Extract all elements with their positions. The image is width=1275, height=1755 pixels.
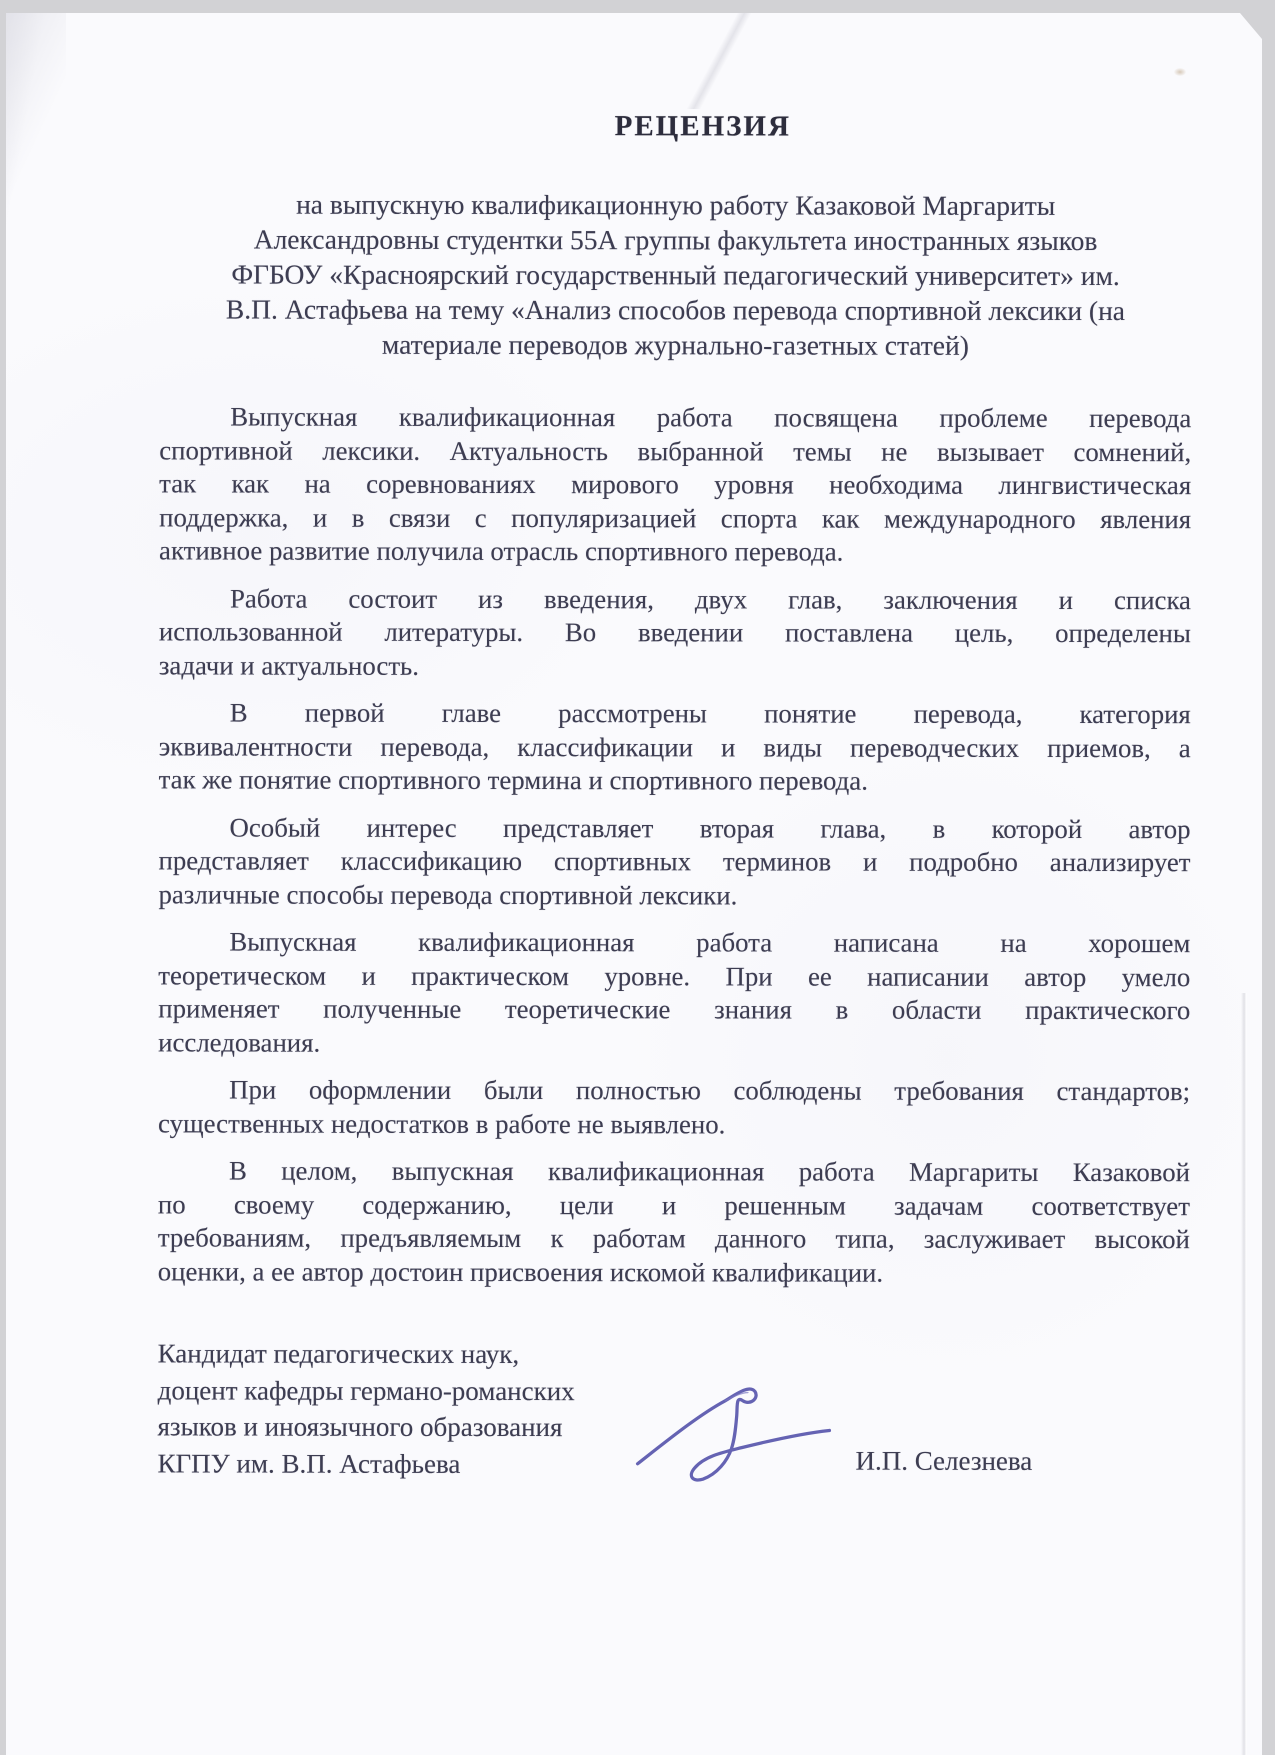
text-line: исследования. — [158, 1026, 1190, 1061]
text-line: активное развитие получила отрасль спорт… — [159, 534, 1191, 569]
paragraph: В первой главе рассмотрены понятие перев… — [159, 696, 1191, 798]
text-line: При оформлении были полностью соблюдены … — [158, 1073, 1190, 1108]
scanned-page: РЕЦЕНЗИЯ на выпускную квалификационную р… — [6, 13, 1262, 1755]
text-line: так же понятие спортивного термина и спо… — [159, 763, 1191, 798]
document-content: РЕЦЕНЗИЯ на выпускную квалификационную р… — [3, 12, 1262, 1755]
text-line: эквивалентности перевода, классификации … — [159, 730, 1191, 765]
text-line: теоретическом и практическом уровне. При… — [158, 959, 1190, 994]
document-subject: на выпускную квалификационную работу Каз… — [159, 186, 1191, 363]
subject-line: Александровны студентки 55А группы факул… — [160, 221, 1192, 258]
subject-line: материале переводов журнально-газетных с… — [159, 326, 1191, 363]
text-line: применяет полученные теоретические знани… — [158, 992, 1190, 1027]
text-line: так как на соревнованиях мирового уровня… — [159, 467, 1191, 502]
signoff-line: Кандидат педагогических наук, — [158, 1335, 718, 1372]
text-line: В первой главе рассмотрены понятие перев… — [159, 696, 1191, 731]
text-line: Работа состоит из введения, двух глав, з… — [159, 582, 1191, 617]
subject-line: на выпускную квалификационную работу Каз… — [160, 186, 1192, 223]
text-line: Особый интерес представляет вторая глава… — [159, 811, 1191, 846]
paragraph: Работа состоит из введения, двух глав, з… — [159, 582, 1191, 684]
text-line: требованиям, предъявляемым к работам дан… — [158, 1221, 1190, 1256]
text-line: по своему содержанию, цели и решенным за… — [158, 1188, 1190, 1223]
paragraph: Выпускная квалификационная работа написа… — [158, 925, 1190, 1061]
document-body: Выпускная квалификационная работа посвящ… — [158, 400, 1192, 1304]
text-line: задачи и актуальность. — [159, 649, 1191, 684]
paragraph: Выпускная квалификационная работа посвящ… — [159, 400, 1191, 569]
text-line: представляет классификацию спортивных те… — [158, 844, 1190, 879]
subject-line: В.П. Астафьева на тему «Анализ способов … — [159, 291, 1191, 328]
paragraph: Особый интерес представляет вторая глава… — [158, 811, 1190, 913]
text-line: использованной литературы. Во введении п… — [159, 615, 1191, 650]
text-line: Выпускная квалификационная работа посвящ… — [159, 400, 1191, 435]
handwritten-signature — [631, 1379, 835, 1493]
signer-name: И.П. Селезнева — [855, 1444, 1032, 1478]
subject-line: ФГБОУ «Красноярский государственный педа… — [160, 256, 1192, 293]
text-line: спортивной лексики. Актуальность выбранн… — [159, 434, 1191, 469]
text-line: поддержка, и в связи с популяризацией сп… — [159, 501, 1191, 536]
paragraph: При оформлении были полностью соблюдены … — [158, 1073, 1190, 1142]
text-line: различные способы перевода спортивной ле… — [158, 878, 1190, 913]
text-line: оценки, а ее автор достоин присвоения ис… — [158, 1255, 1190, 1290]
document-title: РЕЦЕНЗИЯ — [188, 108, 1218, 144]
paragraph: В целом, выпускная квалификационная рабо… — [158, 1154, 1190, 1290]
text-line: В целом, выпускная квалификационная рабо… — [158, 1154, 1190, 1189]
text-line: Выпускная квалификационная работа написа… — [158, 925, 1190, 960]
text-line: существенных недостатков в работе не выя… — [158, 1107, 1190, 1142]
scan-background: { "page": { "kind": "scanned document re… — [0, 0, 1275, 1755]
